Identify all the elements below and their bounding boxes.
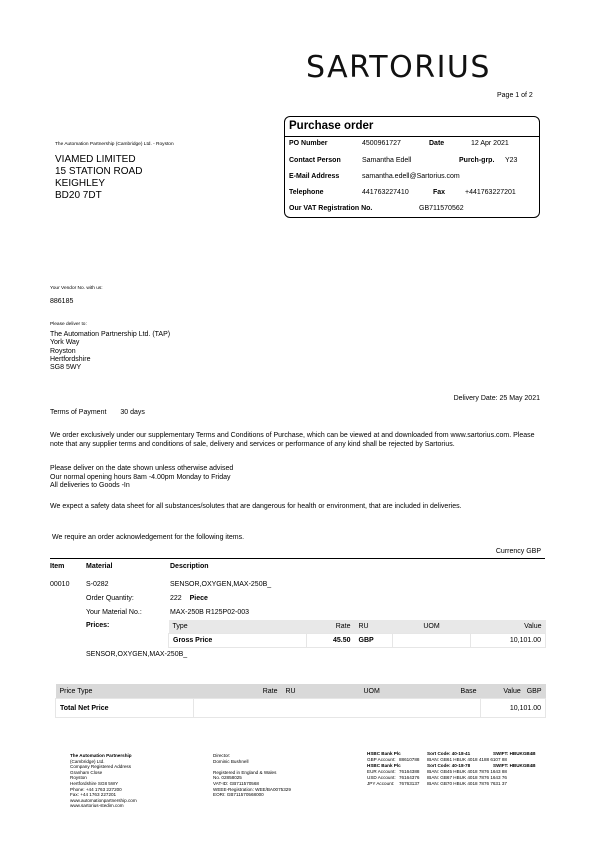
footer-company: The Automation Partnership (Cambridge) L… bbox=[70, 753, 137, 809]
delivery-instructions: Please deliver on the date shown unless … bbox=[50, 465, 233, 491]
total-price-type-header: Price Type bbox=[56, 684, 194, 699]
description-header: Description bbox=[170, 563, 209, 570]
price-ru: GBP bbox=[355, 634, 393, 648]
currency-label: Currency GBP bbox=[496, 548, 541, 557]
total-base-header: Base bbox=[428, 684, 481, 699]
bank-row: JPY Account: 76763137 IBAN: GB70 HBUK 40… bbox=[367, 781, 557, 787]
totals-table: Price Type Rate RU UOM Base Value GBP To… bbox=[55, 684, 546, 718]
item-material: S-0282 bbox=[86, 581, 109, 588]
vat-row: Our VAT Registration No. GB711570562 bbox=[289, 205, 539, 217]
email-row: E-Mail Address samantha.edell@Sartorius.… bbox=[289, 173, 539, 185]
sartorius-logo: SARTORIUS bbox=[306, 50, 491, 85]
delivery-address-line: The Automation Partnership Ltd. (TAP) bbox=[50, 331, 170, 339]
item-number: 00010 bbox=[50, 581, 69, 588]
total-net-label: Total Net Price bbox=[56, 699, 194, 718]
recipient-line: KEIGHLEY bbox=[55, 178, 142, 190]
terms-of-payment: Terms of Payment 30 days bbox=[50, 409, 145, 418]
price-value: 10,101.00 bbox=[471, 634, 546, 648]
account-label: EUR Account: bbox=[367, 769, 396, 775]
safety-sheet-paragraph: We expect a safety data sheet for all su… bbox=[50, 503, 550, 512]
vat-label: Our VAT Registration No. bbox=[289, 205, 372, 212]
vat-value: GB711570562 bbox=[419, 205, 464, 212]
deliver-to-label: Please deliver to: bbox=[50, 322, 87, 327]
recipient-line: VIAMED LIMITED bbox=[55, 154, 142, 166]
recipient-line: 15 STATION ROAD bbox=[55, 166, 142, 178]
po-number-label: PO Number bbox=[289, 140, 328, 147]
delivery-address-line: York Way bbox=[50, 339, 170, 347]
your-material-value: MAX-250B R125P02-003 bbox=[170, 609, 249, 616]
purch-grp-value: Y23 bbox=[505, 157, 517, 164]
total-value-header: Value GBP bbox=[481, 684, 546, 699]
footer-company-line: The Automation Partnership bbox=[70, 753, 137, 759]
price-uom-header: UOM bbox=[393, 620, 471, 634]
total-value-label: Value bbox=[503, 688, 520, 695]
item-long-text: SENSOR,OXYGEN,MAX-250B_ bbox=[86, 651, 187, 658]
price-ru-header: RU bbox=[355, 620, 393, 634]
fax-value: +441763227201 bbox=[465, 189, 516, 196]
account-label: GBP Account: bbox=[367, 757, 396, 763]
order-quantity: 222 Piece bbox=[170, 595, 208, 602]
delivery-address-line: SG8 5WY bbox=[50, 364, 170, 372]
delivery-date: Delivery Date: 25 May 2021 bbox=[454, 395, 540, 404]
instruction-line: Please deliver on the date shown unless … bbox=[50, 465, 233, 474]
account-number: 76164376 bbox=[399, 775, 419, 781]
items-divider bbox=[50, 558, 545, 559]
purch-grp-label: Purch-grp. bbox=[459, 157, 494, 164]
prices-table: Type Rate RU UOM Value Gross Price 45.50… bbox=[168, 620, 546, 648]
account-label: JPY Account: bbox=[367, 781, 394, 787]
bank-name: HSBC Bank Plc bbox=[367, 763, 401, 769]
bank-sort-code: Sort Code: 40-18-41 bbox=[427, 751, 470, 757]
total-currency-label: GBP bbox=[527, 688, 542, 695]
telephone-row: Telephone 441763227410 Fax +441763227201 bbox=[289, 189, 539, 201]
price-type: Gross Price bbox=[169, 634, 307, 648]
total-uom-header: UOM bbox=[360, 684, 428, 699]
account-iban: IBAN: GB67 HBUK 4018 7876 1643 76 bbox=[427, 775, 507, 781]
purchase-order-box: Purchase order PO Number 4500961727 Date… bbox=[284, 116, 540, 218]
price-rate-header: Rate bbox=[307, 620, 355, 634]
contact-value: Samantha Edell bbox=[362, 157, 411, 164]
terms-paragraph: We order exclusively under our supplemen… bbox=[50, 432, 550, 449]
item-description: SENSOR,OXYGEN,MAX-250B_ bbox=[170, 581, 271, 588]
footer-bank-details: HSBC Bank Plc Sort Code: 40-18-41 SWIFT:… bbox=[367, 751, 557, 787]
page-number: Page 1 of 2 bbox=[497, 92, 533, 99]
bank-swift: SWIFT: HBUKGB4B bbox=[493, 763, 536, 769]
total-net-value: 10,101.00 bbox=[481, 699, 546, 718]
account-iban: IBAN: GB45 HBUK 4018 7876 1643 88 bbox=[427, 769, 507, 775]
instruction-line: Our normal opening hours 8am -4.00pm Mon… bbox=[50, 474, 233, 483]
account-number: 76164388 bbox=[399, 769, 419, 775]
account-iban: IBAN: GB70 HBUK 4018 7876 7631 37 bbox=[427, 781, 507, 787]
po-title: Purchase order bbox=[289, 120, 373, 132]
bank-swift: SWIFT: HBUKGB4B bbox=[493, 751, 536, 757]
total-empty-cell bbox=[194, 699, 481, 718]
price-value-header: Value bbox=[471, 620, 546, 634]
price-uom bbox=[393, 634, 471, 648]
email-label: E-Mail Address bbox=[289, 173, 339, 180]
footer-company-line: Company Registered Address bbox=[70, 764, 137, 770]
date-value: 12 Apr 2021 bbox=[471, 140, 509, 147]
item-header: Item bbox=[50, 563, 64, 570]
footer-director: Director: Dominic Bushnell Registered in… bbox=[213, 753, 291, 798]
total-net-row: Total Net Price 10,101.00 bbox=[56, 699, 546, 718]
contact-row: Contact Person Samantha Edell Purch-grp.… bbox=[289, 157, 539, 169]
price-rate: 45.50 bbox=[307, 634, 355, 648]
vendor-number: 886185 bbox=[50, 298, 73, 307]
email-value[interactable]: samantha.edell@Sartorius.com bbox=[362, 173, 460, 180]
account-label: USD Account: bbox=[367, 775, 396, 781]
po-number-value: 4500961727 bbox=[362, 140, 401, 147]
totals-header-row: Price Type Rate RU UOM Base Value GBP bbox=[56, 684, 546, 699]
bank-name: HSBC Bank Plc bbox=[367, 751, 401, 757]
account-number: 88610788 bbox=[399, 757, 419, 763]
date-label: Date bbox=[429, 140, 444, 147]
order-unit: Piece bbox=[190, 595, 208, 602]
total-ru-header: RU bbox=[282, 684, 360, 699]
terms-label: Terms of Payment bbox=[50, 409, 106, 416]
sender-line: The Automation Partnership (Cambridge) L… bbox=[55, 142, 174, 147]
material-header: Material bbox=[86, 563, 112, 570]
recipient-address: VIAMED LIMITED 15 STATION ROAD KEIGHLEY … bbox=[55, 154, 142, 202]
terms-value: 30 days bbox=[120, 409, 145, 416]
fax-label: Fax bbox=[433, 189, 445, 196]
delivery-address: The Automation Partnership Ltd. (TAP) Yo… bbox=[50, 331, 170, 372]
total-rate-header: Rate bbox=[194, 684, 282, 699]
po-divider bbox=[285, 136, 539, 137]
price-row: Gross Price 45.50 GBP 10,101.00 bbox=[169, 634, 546, 648]
delivery-address-line: Royston bbox=[50, 348, 170, 356]
account-iban: IBAN: GB61 HBUK 4018 4188 6107 88 bbox=[427, 757, 507, 763]
prices-label: Prices: bbox=[86, 622, 109, 629]
vendor-number-label: Your Vendor No. with us: bbox=[50, 286, 103, 291]
telephone-value: 441763227410 bbox=[362, 189, 409, 196]
order-quantity-label: Order Quantity: bbox=[86, 595, 134, 602]
footer-website-link[interactable]: www.sartorius-stedim.com bbox=[70, 803, 137, 809]
your-material-label: Your Material No.: bbox=[86, 609, 142, 616]
prices-header-row: Type Rate RU UOM Value bbox=[169, 620, 546, 634]
telephone-label: Telephone bbox=[289, 189, 323, 196]
po-number-row: PO Number 4500961727 Date 12 Apr 2021 bbox=[289, 140, 539, 152]
order-quantity-value: 222 bbox=[170, 595, 182, 602]
recipient-line: BD20 7DT bbox=[55, 190, 142, 202]
account-number: 76763137 bbox=[399, 781, 419, 787]
contact-label: Contact Person bbox=[289, 157, 341, 164]
bank-sort-code: Sort Code: 40-18-78 bbox=[427, 763, 470, 769]
price-type-header: Type bbox=[169, 620, 307, 634]
instruction-line: All deliveries to Goods -In bbox=[50, 482, 233, 491]
delivery-address-line: Hertfordshire bbox=[50, 356, 170, 364]
footer-director-line: EORI: GB711570568000 bbox=[213, 792, 291, 798]
acknowledgement-paragraph: We require an order acknowledgement for … bbox=[52, 534, 244, 543]
